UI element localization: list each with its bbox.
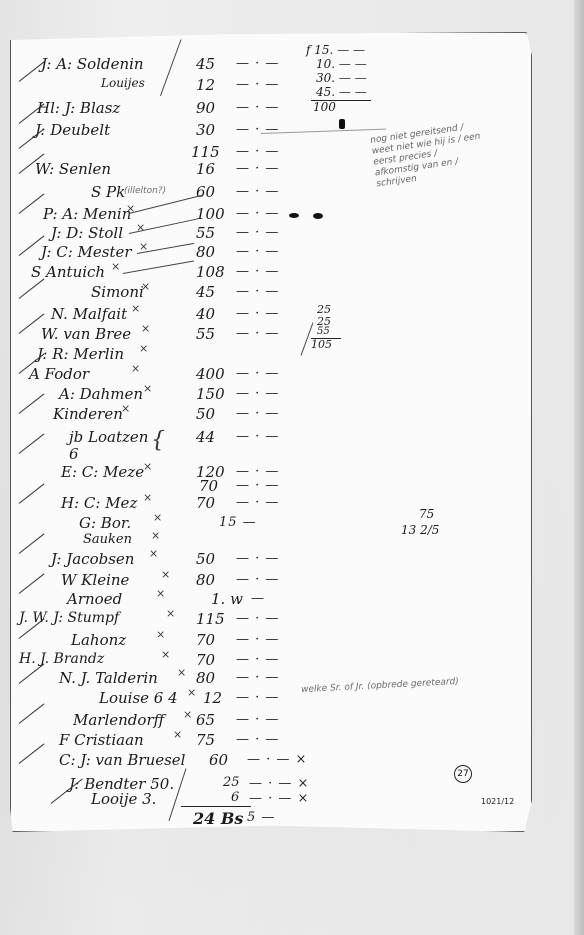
ledger-row: Simoni × 45 — · — [11, 283, 531, 303]
entry-name: F Cristiaan [59, 731, 144, 749]
entry-name: Kinderen [53, 405, 123, 423]
entry-mark: × [153, 511, 162, 524]
entry-dash: — · — × [249, 791, 309, 806]
side-sum-line: 10. — — [316, 57, 367, 71]
entry-name: J: D: Stoll [51, 224, 123, 242]
entry-dash: — · — [236, 264, 279, 279]
entry-mark: × [151, 529, 160, 542]
entry-name: Simoni [91, 283, 144, 301]
entry-mark: × [143, 382, 152, 395]
entry-name: W. van Bree [41, 325, 131, 343]
side-sum-total: 100 [313, 100, 336, 114]
entry-amount: 12 [203, 689, 222, 707]
entry-dash: — · — [236, 572, 279, 587]
entry-amount: 44 [196, 428, 215, 446]
entry-name: Marlendorff [73, 711, 164, 729]
entry-dash: — · — [236, 184, 279, 199]
ledger-row: Kinderen × 50 — · — [11, 405, 531, 425]
entry-amount: 115 [191, 143, 220, 161]
entry-dash: — · — [236, 161, 279, 176]
entry-amount: 70 [196, 494, 215, 512]
entry-amount: 16 [196, 160, 215, 178]
entry-dash: — · — × [249, 776, 309, 791]
entry-mark: × [143, 460, 152, 473]
ledger-row: Sauken × [11, 532, 531, 552]
entry-name: Louise 6 4 [99, 689, 178, 707]
margin-fraction-bottom: 13 2/5 [401, 523, 439, 537]
entry-name: A: Dahmen [59, 385, 143, 403]
side-sum-line: 45. — — [316, 85, 367, 99]
margin-fraction-top: 75 [419, 507, 434, 521]
entry-mark: × [141, 322, 150, 335]
ledger-row: J: R: Merlin × [11, 345, 531, 365]
entry-dash: — · — [236, 652, 279, 667]
ledger-row: J: A: Soldenin 45 — · — [11, 55, 531, 75]
side-sum-line: 55 [317, 326, 330, 337]
ink-blot [289, 213, 299, 218]
entry-mark: × [187, 686, 196, 699]
entry-dash: — · — [236, 429, 279, 444]
ink-blot [339, 119, 345, 129]
side-sum-total: 105 [311, 338, 332, 351]
entry-mark: × [183, 708, 192, 721]
ledger-row: J. W. J: Stumpf × 115 — · — [11, 610, 531, 630]
ledger-row: Lahonz × 70 — · — [11, 631, 531, 651]
ledger-row: C: J: van Bruesel 60 — · — × [11, 751, 531, 771]
ledger-row: H. J. Brandz × 70 — · — [11, 651, 531, 671]
ledger-row: J: D: Stoll × 55 — · — [11, 224, 531, 244]
entry-dash: — · — [236, 122, 279, 137]
entry-dash: — · — [236, 406, 279, 421]
circled-page-number: 27 [454, 765, 472, 783]
ledger-row: Louijes 12 — · — [11, 76, 531, 96]
entry-mark: × [131, 302, 140, 315]
entry-mark: × [161, 568, 170, 581]
entry-mark: × [177, 666, 186, 679]
entry-amount: 70 [199, 477, 218, 495]
entry-name: J: C: Mester [41, 243, 132, 261]
entry-mark: × [143, 491, 152, 504]
entry-dash: — · — [236, 366, 279, 381]
entry-mark: × [131, 362, 140, 375]
entry-amount: 25 [223, 775, 240, 790]
entry-amount: 80 [196, 669, 215, 687]
entry-amount: 45 [196, 283, 215, 301]
entry-name: Looije 3. [91, 790, 156, 808]
entry-name: G: Bor. [79, 514, 131, 532]
ledger-row: H: C: Mez × 70 — · — [11, 494, 531, 514]
entry-dash: — · — [236, 244, 279, 259]
entry-name: W Kleine [61, 571, 129, 589]
entry-amount: 108 [196, 263, 225, 281]
entry-name: Louijes [101, 76, 145, 90]
ledger-row: W Kleine × 80 — · — [11, 571, 531, 591]
grand-total-dash: 5 — [247, 810, 275, 825]
entry-name: J: R: Merlin [37, 345, 124, 363]
entry-dash: — · — [236, 225, 279, 240]
entry-amount: 80 [196, 243, 215, 261]
entry-name: W: Senlen [35, 160, 111, 178]
entry-amount: 150 [196, 385, 225, 403]
entry-dash: — · — [236, 478, 279, 493]
entry-mark: × [149, 547, 158, 560]
scanner-edge [574, 0, 584, 935]
entry-amount: 45 [196, 55, 215, 73]
side-sum-line: 30. — — [316, 71, 367, 85]
ledger-row: N. Malfait × 40 — · — [11, 305, 531, 325]
entry-dash: — · — [236, 632, 279, 647]
ledger-sheet: J: A: Soldenin 45 — · — Louijes 12 — · —… [10, 32, 532, 832]
entry-dash: — · — [236, 690, 279, 705]
entry-dash: 15 — [219, 515, 257, 530]
ledger-row: Louise 6 4 × 12 — · — [11, 689, 531, 709]
entry-dash: — · — [236, 495, 279, 510]
entry-name: S Pk [91, 183, 125, 201]
ledger-row: P: A: Menin × 100 — · — [11, 205, 531, 225]
entry-amount: 55 [196, 224, 215, 242]
entry-amount: 80 [196, 571, 215, 589]
entry-name: Arnoed [67, 590, 122, 608]
entry-dash: — · — [236, 144, 279, 159]
entry-mark: × [161, 648, 170, 661]
grand-total-amount: 24 Bs [193, 809, 243, 828]
ink-blot [313, 213, 323, 219]
entry-amount: 40 [196, 305, 215, 323]
ledger-row: F Cristiaan × 75 — · — [11, 731, 531, 751]
ledger-row: W. van Bree × 55 — · — [11, 325, 531, 345]
ledger-row: J: C: Mester × 80 — · — [11, 243, 531, 263]
entry-amount: 115 [196, 610, 225, 628]
entry-dash: — · — [236, 386, 279, 401]
entry-dash: — · — [236, 712, 279, 727]
entry-name: C: J: van Bruesel [59, 751, 185, 769]
entry-name: J: Jacobsen [51, 550, 134, 568]
entry-name: Sauken [83, 532, 132, 547]
ledger-row: Looije 3. 6 — · — × [11, 790, 531, 810]
entry-name: H. J. Brandz [19, 651, 104, 667]
entry-name: J. W. J: Stumpf [19, 610, 119, 626]
ledger-row: A: Dahmen × 150 — · — [11, 385, 531, 405]
entry-name: P: A: Menin [43, 205, 131, 223]
entry-dash: — · — [236, 100, 279, 115]
entry-mark: × [156, 628, 165, 641]
entry-dash: — · — [236, 206, 279, 221]
entry-mark: × [111, 260, 120, 273]
ledger-row: S Antuich × 108 — · — [11, 263, 531, 283]
entry-dash: — · — × [247, 752, 307, 767]
entry-mark: × [139, 342, 148, 355]
entry-amount: 70 [196, 631, 215, 649]
entry-amount: 6 [231, 790, 239, 805]
ledger-row: J: Jacobsen × 50 — · — [11, 550, 531, 570]
entry-dash: — · — [236, 306, 279, 321]
entry-dash: — · — [236, 326, 279, 341]
entry-name: J: A: Soldenin [41, 55, 144, 73]
entry-dash: — · — [236, 77, 279, 92]
ledger-row: 6 [11, 445, 531, 465]
entry-name: J: Deubelt [35, 121, 110, 139]
entry-amount: 75 [196, 731, 215, 749]
entry-amount: 30 [196, 121, 215, 139]
entry-name: Hl: J: Blasz [37, 99, 120, 117]
entry-amount: 70 [196, 651, 215, 669]
entry-amount: 400 [196, 365, 225, 383]
pencil-question-note: (illelton?) [124, 186, 166, 196]
entry-mark: × [173, 728, 182, 741]
entry-mark: × [141, 280, 150, 293]
entry-name: jb Loatzen [69, 428, 148, 446]
entry-dash: — · — [236, 670, 279, 685]
entry-dash: — · — [236, 56, 279, 71]
ledger-row: Hl: J: Blasz 90 — · — [11, 99, 531, 119]
entry-mark: × [121, 402, 130, 415]
entry-name: A Fodor [29, 365, 89, 383]
entry-dash: — · — [236, 551, 279, 566]
ledger-row: A Fodor × 400 — · — [11, 365, 531, 385]
entry-amount: 90 [196, 99, 215, 117]
entry-amount: 60 [196, 183, 215, 201]
entry-name: 6 [69, 445, 79, 463]
entry-amount: 12 [196, 76, 215, 94]
entry-dash: — · — [236, 732, 279, 747]
entry-dash: — · — [236, 284, 279, 299]
entry-amount: 1. w [211, 590, 243, 608]
ledger-row: Arnoed × 1. w — [11, 590, 531, 610]
total-rule [181, 806, 251, 807]
entry-amount: 55 [196, 325, 215, 343]
entry-dash: — · — [236, 611, 279, 626]
entry-amount: 50 [196, 550, 215, 568]
ledger-row: G: Bor. × 15 — [11, 514, 531, 534]
entry-name: N. J. Talderin [59, 669, 158, 687]
side-sum-line: f 15. — — [306, 43, 365, 57]
entry-name: H: C: Mez [61, 494, 137, 512]
entry-mark: × [166, 607, 175, 620]
entry-dash: — [251, 591, 265, 606]
entry-name: N. Malfait [51, 305, 127, 323]
entry-amount: 100 [196, 205, 225, 223]
entry-amount: 65 [196, 711, 215, 729]
reference-number: 1021/12 [481, 797, 514, 806]
ledger-row: Marlendorff × 65 — · — [11, 711, 531, 731]
entry-mark: × [156, 587, 165, 600]
entry-amount: 50 [196, 405, 215, 423]
entry-name: Lahonz [71, 631, 126, 649]
entry-amount: 60 [209, 751, 228, 769]
ledger-row: S Pk (illelton?) 60 — · — [11, 183, 531, 203]
